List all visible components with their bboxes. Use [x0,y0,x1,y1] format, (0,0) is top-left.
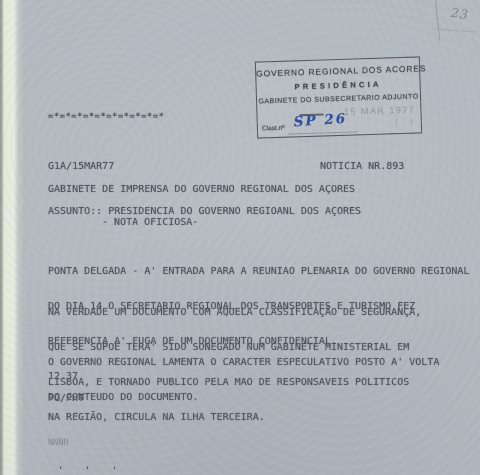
stamp-office-line: GABINETE DO SUBSECRETARIO ADJUNTO [257,93,420,105]
bottom-cutoff-marks: ' ' ' [58,466,125,475]
subject-line: ASSUNTO:: PRESIDENCIA DO GOVERNO REGIOAN… [48,206,361,218]
stamp-class-value-handwritten: SP 26 [293,111,347,131]
office-title: GABINETE DE IMPRENSA DO GOVERNO REGIONAL… [48,184,355,196]
stamp-date: 15 MAR 1977 [344,105,416,117]
stamp-date-slashes: / / [395,118,413,128]
stamp-class-label: Clast.nº [262,125,285,133]
paragraph-line: NA VERDADE UM DOCUMENTO COM AQUELA CLASS… [48,307,421,319]
paragraph-3: O GOVERNO REGIONAL LAMENTA O CARACTER ES… [48,334,439,427]
stamp-presidencia-line: PRESIDÊNCIA [257,78,420,92]
subject-subline: - NOTA OFICIOSA- [102,217,198,229]
operator-initials: PG/PHT [48,393,84,405]
end-of-message-marker: NNNN [48,438,68,450]
ref-number: G1A/15MAR77 [48,161,114,173]
paragraph-line: O GOVERNO REGIONAL LAMENTA O CARACTER ES… [48,357,439,369]
time-stamp: 12.37 [48,371,78,383]
notice-number: NOTICIA NR.893 [320,161,404,173]
stamp-class-underline [288,131,358,134]
scanned-telex-document: 23 GOVERNO REGIONAL DOS ACORES PRESIDÊNC… [0,0,480,475]
stamp-org-line: GOVERNO REGIONAL DOS ACORES [256,63,419,78]
handwritten-page-number: 23 [450,5,470,22]
paper-fold-line [435,0,441,42]
stamp-box: GOVERNO REGIONAL DOS ACORES PRESIDÊNCIA … [255,56,422,138]
paragraph-line: PONTA DELGADA - A' ENTRADA PARA A REUNIA… [48,266,469,278]
separator-line: =*=*=*=*=*=*=*=*=*=* [48,112,164,124]
paragraph-line: DO CONTEUDO DO DOCUMENTO. [48,392,439,404]
